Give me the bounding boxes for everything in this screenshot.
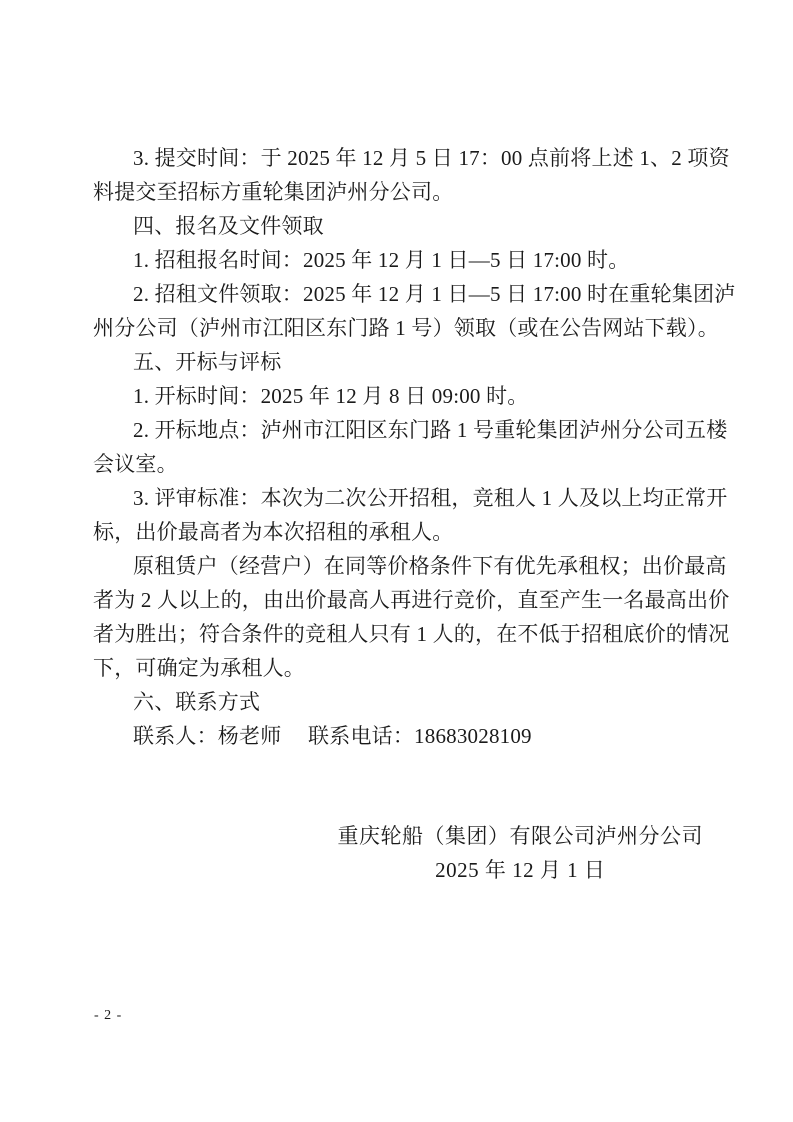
heading-section-6-contact: 六、联系方式 (93, 685, 705, 719)
page-number: - 2 - (94, 1006, 122, 1026)
heading-section-4-registration: 四、报名及文件领取 (93, 209, 705, 243)
para-priority-right-line4: 下，可确定为承租人。 (93, 651, 705, 685)
document-body: 3. 提交时间：于 2025 年 12 月 5 日 17：00 点前将上述 1、… (93, 141, 705, 753)
signature-date: 2025 年 12 月 1 日 (338, 853, 704, 887)
para-submission-time-line2: 料提交至招标方重轮集团泸州分公司。 (93, 175, 705, 209)
item-bid-opening-time: 1. 开标时间：2025 年 12 月 8 日 09:00 时。 (93, 379, 705, 413)
para-priority-right-line3: 者为胜出；符合条件的竞租人只有 1 人的，在不低于招租底价的情况 (93, 617, 705, 651)
item-bid-opening-location-line1: 2. 开标地点：泸州市江阳区东门路 1 号重轮集团泸州分公司五楼 (93, 413, 705, 447)
contact-person-and-phone: 联系人：杨老师 联系电话：18683028109 (93, 719, 705, 753)
para-submission-time-line1: 3. 提交时间：于 2025 年 12 月 5 日 17：00 点前将上述 1、… (93, 141, 705, 175)
item-document-collection-line1: 2. 招租文件领取：2025 年 12 月 1 日—5 日 17:00 时在重轮… (93, 277, 705, 311)
item-evaluation-criteria-line2: 标，出价最高者为本次招租的承租人。 (93, 515, 705, 549)
item-document-collection-line2: 州分公司（泸州市江阳区东门路 1 号）领取（或在公告网站下载）。 (93, 311, 705, 345)
item-evaluation-criteria-line1: 3. 评审标准：本次为二次公开招租，竞租人 1 人及以上均正常开 (93, 481, 705, 515)
signature-block: 重庆轮船（集团）有限公司泸州分公司 2025 年 12 月 1 日 (338, 819, 704, 887)
item-bid-opening-location-line2: 会议室。 (93, 447, 705, 481)
heading-section-5-bid-opening: 五、开标与评标 (93, 345, 705, 379)
signature-company: 重庆轮船（集团）有限公司泸州分公司 (338, 819, 704, 853)
para-priority-right-line2: 者为 2 人以上的，由出价最高人再进行竞价，直至产生一名最高出价 (93, 583, 705, 617)
item-registration-time: 1. 招租报名时间：2025 年 12 月 1 日—5 日 17:00 时。 (93, 243, 705, 277)
document-page: 3. 提交时间：于 2025 年 12 月 5 日 17：00 点前将上述 1、… (0, 0, 793, 1122)
para-priority-right-line1: 原租赁户（经营户）在同等价格条件下有优先承租权；出价最高 (93, 549, 705, 583)
